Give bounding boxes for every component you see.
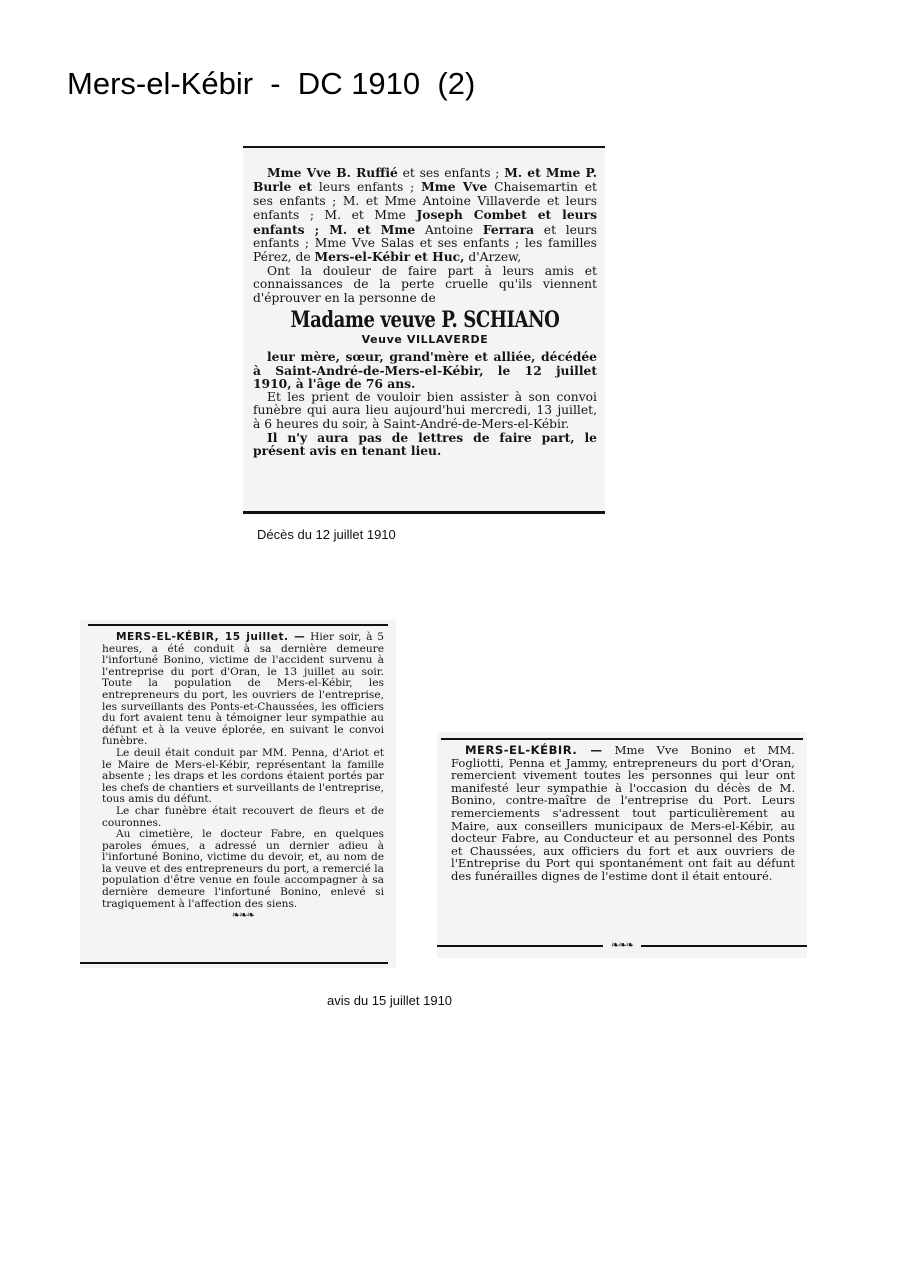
clipping-thanks-notice: MERS-EL-KÉBIR. — Mme Vve Bonino et MM. F… [437, 732, 807, 958]
article-dateline: MERS-EL-KÉBIR, 15 juillet. — [116, 631, 305, 643]
article-paragraph-1: MERS-EL-KÉBIR, 15 juillet. — Hier soir, … [102, 632, 384, 748]
families-segment: et ses enfants ; [398, 166, 504, 180]
caption-avis: avis du 15 juillet 1910 [327, 993, 452, 1008]
deceased-name: Madame veuve P. SCHIANO [284, 308, 566, 332]
top-rule [441, 738, 803, 740]
notice-announcement-paragraph: Ont la douleur de faire part à leurs ami… [253, 265, 597, 305]
families-segment: Mme Vve B. Ruffié [267, 165, 398, 180]
bottom-rule [243, 511, 605, 514]
notice-no-letters: Il n'y aura pas de lettres de faire part… [253, 431, 597, 458]
notice-body: Mme Vve B. Ruffié et ses enfants ; M. et… [253, 166, 597, 458]
article-paragraph-2: Le deuil était conduit par MM. Penna, d'… [102, 748, 384, 806]
deceased-subtitle: Veuve VILLAVERDE [253, 333, 597, 346]
article-paragraph-4: Au cimetière, le docteur Fabre, en quelq… [102, 829, 384, 910]
notice-death-details: leur mère, sœur, grand'mère et alliée, d… [253, 350, 597, 390]
families-segment: Mme Vve [421, 179, 487, 194]
notice-families-paragraph: Mme Vve B. Ruffié et ses enfants ; M. et… [253, 166, 597, 265]
ornament-divider: ❧❧❧ [437, 940, 807, 951]
article-body: MERS-EL-KÉBIR, 15 juillet. — Hier soir, … [102, 632, 384, 922]
thanks-text: Mme Vve Bonino et MM. Fogliotti, Penna e… [451, 743, 795, 883]
clipping-deces-notice: Mme Vve B. Ruffié et ses enfants ; M. et… [243, 146, 605, 514]
thanks-paragraph: MERS-EL-KÉBIR. — Mme Vve Bonino et MM. F… [451, 744, 795, 883]
top-rule [243, 146, 605, 148]
article-text-1: Hier soir, à 5 heures, a été conduit à s… [102, 631, 384, 747]
families-segment: leurs enfants ; [312, 180, 421, 194]
ornament-icon: ❧❧❧ [102, 910, 384, 922]
bottom-rule [80, 962, 388, 964]
divider-line-right [641, 945, 807, 947]
caption-deces: Décès du 12 juillet 1910 [257, 527, 396, 542]
clipping-funeral-article: MERS-EL-KÉBIR, 15 juillet. — Hier soir, … [80, 620, 396, 968]
thanks-body: MERS-EL-KÉBIR. — Mme Vve Bonino et MM. F… [451, 744, 795, 883]
article-paragraph-3: Le char funèbre était recouvert de fleur… [102, 806, 384, 829]
ornament-icon: ❧❧❧ [611, 940, 633, 951]
families-segment: Ferrara [483, 222, 534, 237]
divider-line-left [437, 945, 603, 947]
families-segment: d'Arzew, [464, 250, 521, 264]
notice-funeral-details: Et les prient de vouloir bien assister à… [253, 391, 597, 431]
families-segment: Mers-el-Kébir et Huc, [315, 249, 465, 264]
page-title: Mers-el-Kébir - DC 1910 (2) [67, 66, 475, 102]
families-segment: Antoine [415, 223, 483, 237]
top-rule [88, 624, 388, 626]
